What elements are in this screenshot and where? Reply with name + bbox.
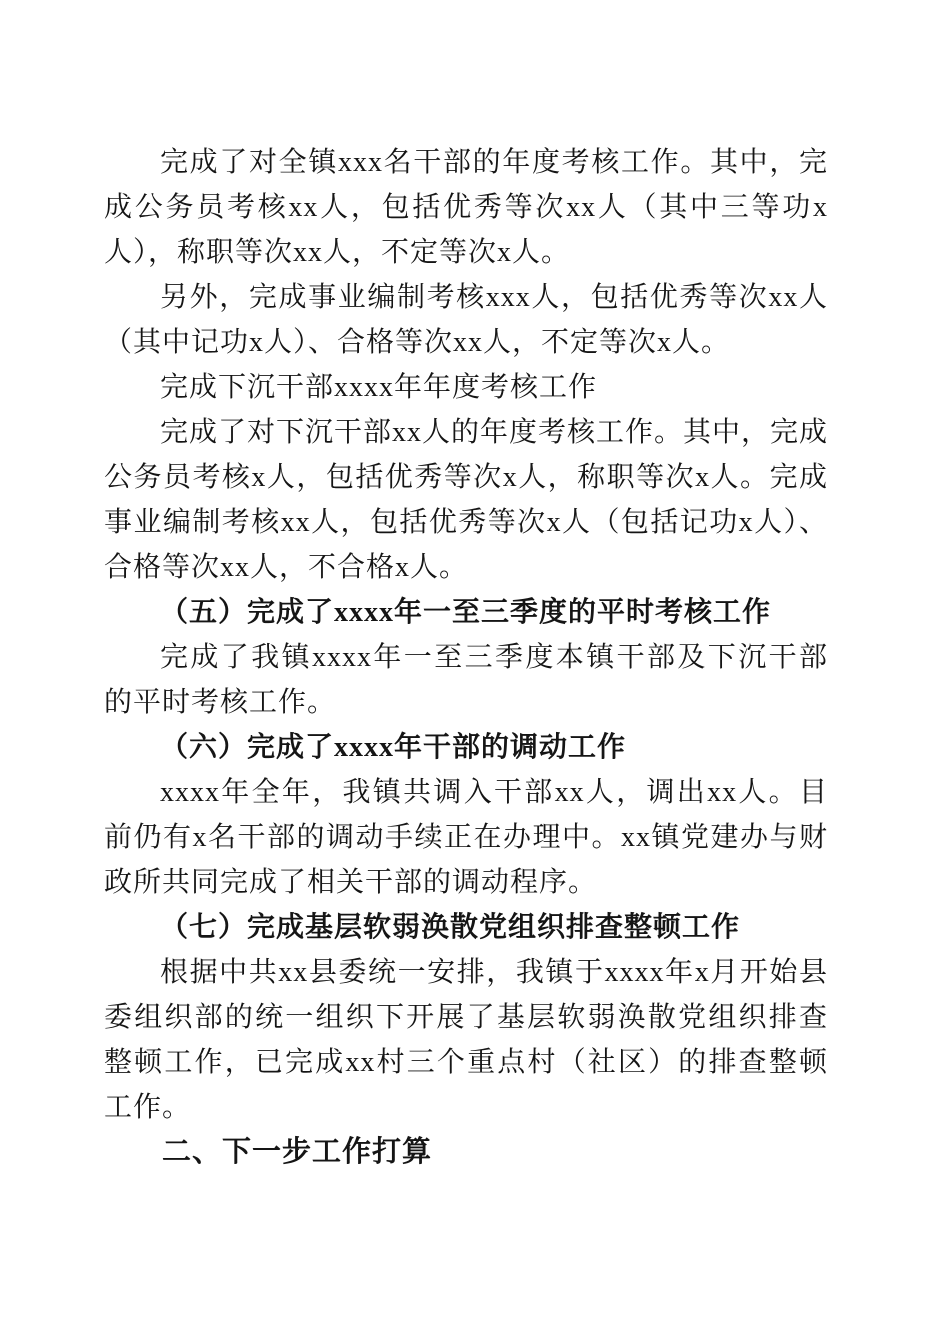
paragraph: 另外，完成事业编制考核xxx人，包括优秀等次xx人（其中记功x人）、合格等次xx… xyxy=(104,275,828,365)
paragraph: xxxx年全年，我镇共调入干部xx人，调出xx人。目前仍有x名干部的调动手续正在… xyxy=(104,770,828,905)
document-page: 完成了对全镇xxx名干部的年度考核工作。其中，完成公务员考核xx人，包括优秀等次… xyxy=(0,0,950,1344)
paragraph: 完成了我镇xxxx年一至三季度本镇干部及下沉干部的平时考核工作。 xyxy=(104,635,828,725)
paragraph: 完成了对下沉干部xx人的年度考核工作。其中，完成公务员考核x人，包括优秀等次x人… xyxy=(104,410,828,590)
section-heading: （六）完成了xxxx年干部的调动工作 xyxy=(104,725,828,770)
paragraph: 完成了对全镇xxx名干部的年度考核工作。其中，完成公务员考核xx人，包括优秀等次… xyxy=(104,140,828,275)
section-heading: 二、下一步工作打算 xyxy=(104,1130,828,1175)
section-heading: （七）完成基层软弱涣散党组织排查整顿工作 xyxy=(104,905,828,950)
paragraph: 根据中共xx县委统一安排，我镇于xxxx年x月开始县委组织部的统一组织下开展了基… xyxy=(104,950,828,1130)
section-heading: （五）完成了xxxx年一至三季度的平时考核工作 xyxy=(104,590,828,635)
paragraph: 完成下沉干部xxxx年年度考核工作 xyxy=(104,365,828,410)
